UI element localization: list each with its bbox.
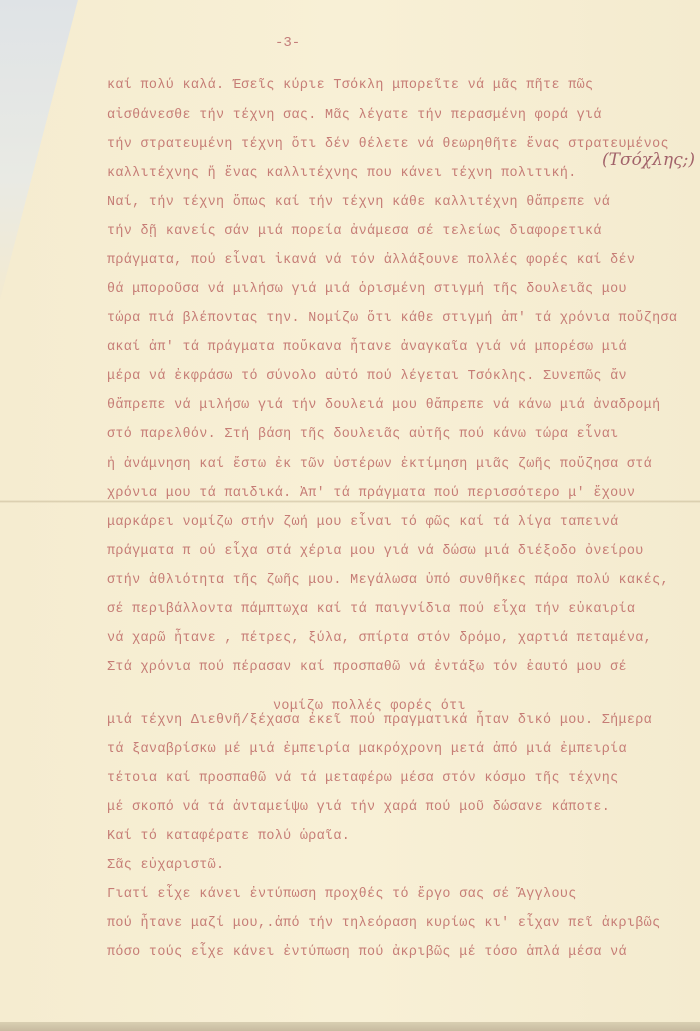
text-line: θά μποροῦσα νά μιλήσω γιά μιά ὁρισμένη σ… bbox=[107, 282, 627, 297]
text-line: αἰσθάνεσθε τήν τέχνη σας. Μᾶς λέγατε τήν… bbox=[107, 108, 602, 123]
text-line: ἡ ἀνάμνηση καί ἔστω ἐκ τῶν ὑστέρων ἐκτίμ… bbox=[107, 457, 652, 472]
text-line: νά χαρῶ ἦτανε , πέτρες, ξύλα, σπίρτα στό… bbox=[107, 631, 652, 646]
text-line: Σᾶς εὐχαριστῶ. bbox=[107, 858, 224, 873]
text-line: μιά τέχνη Διεθνῆ/ξέχασα ἐκεῖ πού πραγματ… bbox=[107, 713, 652, 728]
text-line: καλλιτέχνης ἤ ἕνας καλλιτέχνης που κάνει… bbox=[107, 166, 577, 181]
text-line: μέ σκοπό νά τά ἀνταμείψω γιά τήν χαρά πο… bbox=[107, 800, 610, 815]
paper-bottom-edge bbox=[0, 1022, 700, 1031]
text-line: τήν δῇ κανείς σάν μιά πορεία ἀνάμεσα σέ … bbox=[107, 224, 602, 239]
text-line: Καί τό καταφέρατε πολύ ὡραῖα. bbox=[107, 829, 350, 844]
page-number: -3- bbox=[275, 35, 300, 51]
text-line: χρόνια μου τά παιδικά. Ἀπ' τά πράγματα π… bbox=[107, 486, 635, 501]
text-line: πού ἦτανε μαζί μου,.ἀπό τήν τηλεόραση κυ… bbox=[107, 916, 660, 931]
text-line: μαρκάρει νομίζω στήν ζωή μου εἶναι τό φῶ… bbox=[107, 515, 619, 530]
text-line: πράγματα, πού εἶναι ἱκανά νά τόν ἀλλάξου… bbox=[107, 253, 635, 268]
interlinear-insert: νομίζω πολλές φορές ότι bbox=[273, 699, 466, 714]
text-line: Ναί, τήν τέχνη ὅπως καί τήν τέχνη κάθε κ… bbox=[107, 195, 610, 210]
text-line: τέτοια καί προσπαθῶ νά τά μεταφέρω μέσα … bbox=[107, 771, 619, 786]
text-line: πόσο τούς εἶχε κάνει ἐντύπωση πού ἀκριβῶ… bbox=[107, 945, 627, 960]
text-line: τώρα πιά βλέποντας την. Νομίζω ὅτι κάθε … bbox=[107, 311, 677, 326]
text-line: μέρα νά ἐκφράσω τό σύνολο αὐτό πού λέγετ… bbox=[107, 369, 627, 384]
text-line: στό παρελθόν. Στή βάση τῆς δουλειᾶς αὐτῆ… bbox=[107, 427, 619, 442]
text-line: Γιατί εἶχε κάνει ἐντύπωση προχθές τό ἔργ… bbox=[107, 887, 577, 902]
text-line: καί πολύ καλά. Έσεῖς κύριε Τσόκλη μπορεῖ… bbox=[107, 78, 593, 93]
text-line: πράγματα π ού εἶχα στά χέρια μου γιά νά … bbox=[107, 544, 644, 559]
text-line: τά ξαναβρίσκω μέ μιά ἐμπειρία μακρόχρονη… bbox=[107, 742, 627, 757]
text-line: τήν στρατευμένη τέχνη ὅτι δέν θέλετε νά … bbox=[107, 137, 669, 152]
handwritten-margin-annotation: (Τσόχλης;) bbox=[602, 150, 695, 170]
text-line: ακαί ἀπ' τά πράγματα ποὔκανα ἦτανε ἀναγκ… bbox=[107, 340, 627, 355]
text-line: σέ περιβάλλοντα πάμπτωχα καί τά παιγνίδι… bbox=[107, 602, 635, 617]
text-line: στήν ἀθλιότητα τῆς ζωῆς μου. Μεγάλωσα ὑπ… bbox=[107, 573, 669, 588]
text-line: θἄπρεπε νά μιλήσω γιά τήν δουλειά μου θἄ… bbox=[107, 398, 660, 413]
text-line: Στά χρόνια πού πέρασαν καί προσπαθῶ νά ἐ… bbox=[107, 660, 627, 675]
